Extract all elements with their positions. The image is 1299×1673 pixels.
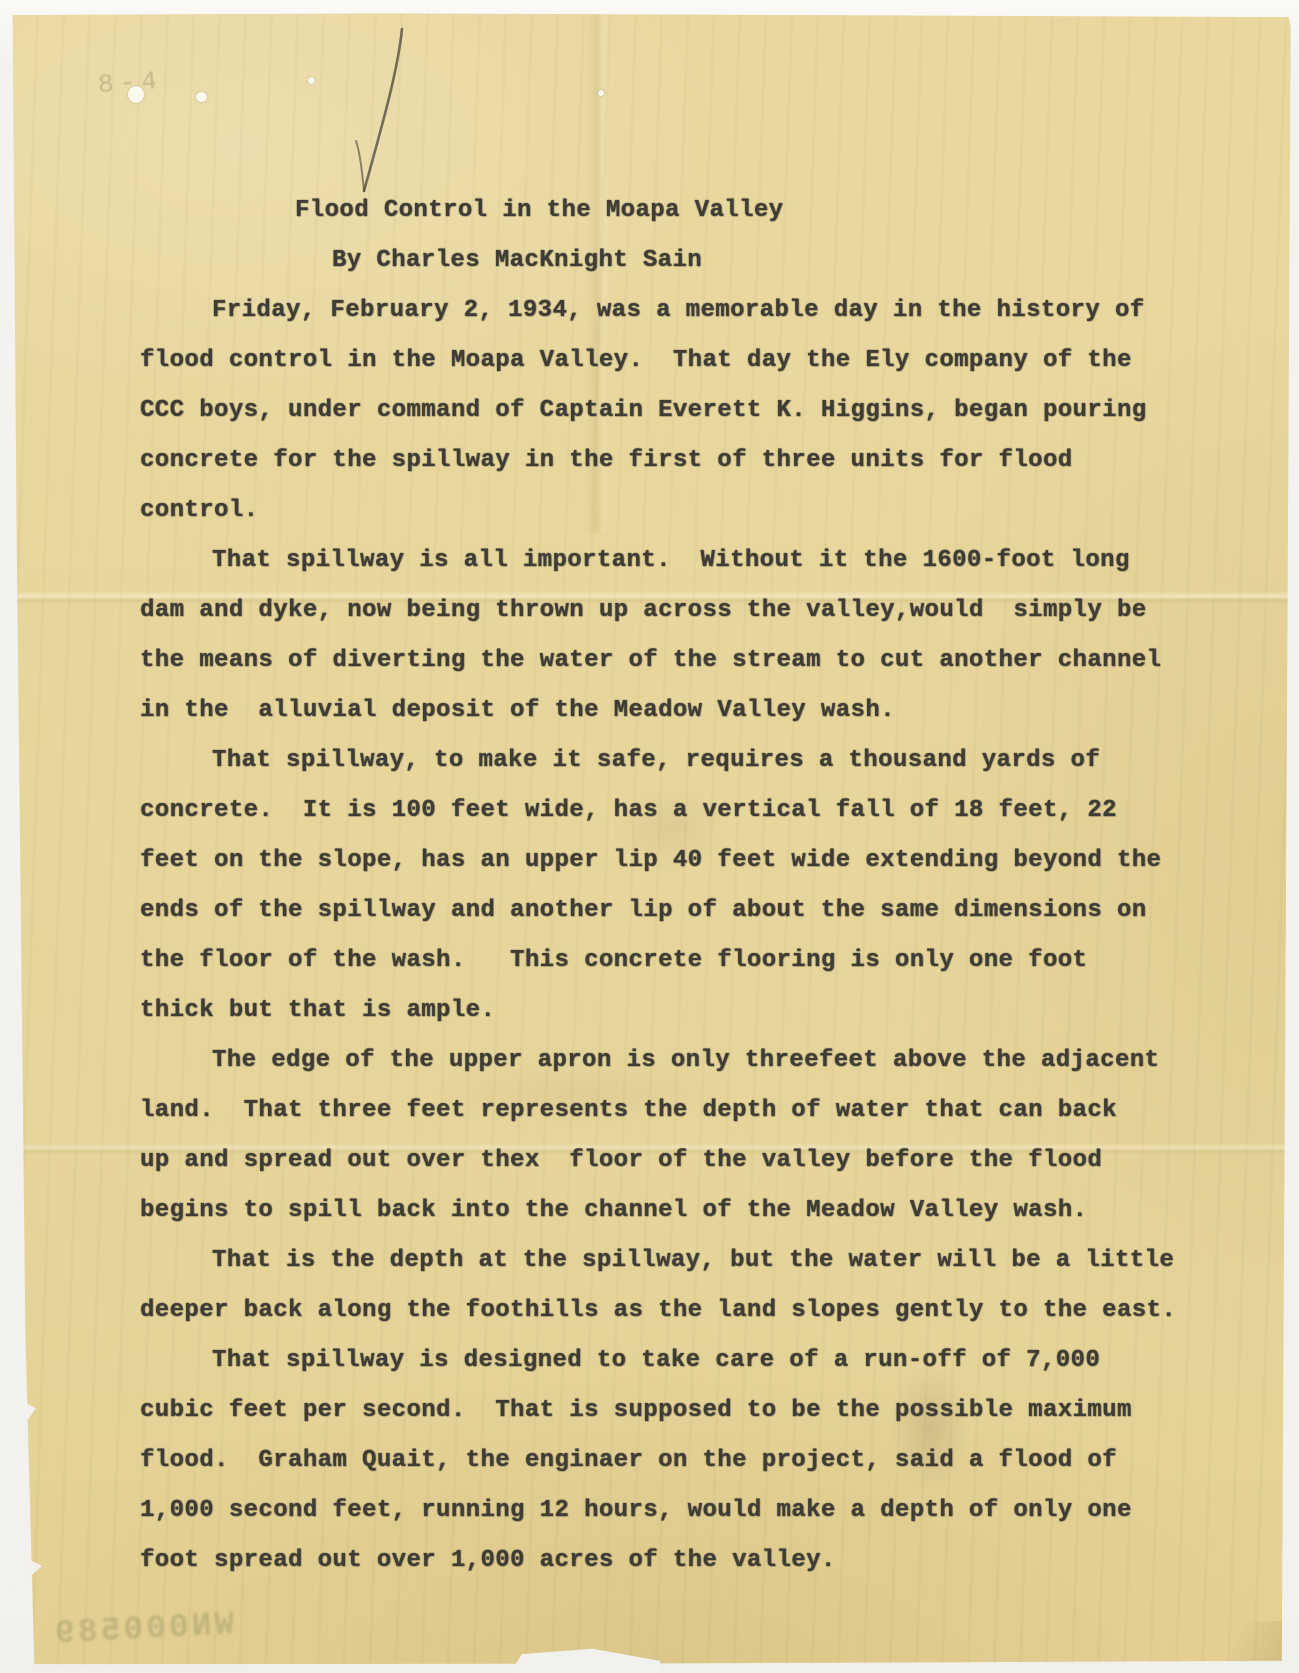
document-byline: By Charles MacKnight Sain xyxy=(140,236,1200,286)
typed-line: up and spread out over thex floor of the… xyxy=(140,1136,1200,1186)
typed-line: the means of diverting the water of the … xyxy=(140,636,1200,686)
typed-line: land. That three feet represents the dep… xyxy=(140,1086,1200,1136)
typed-line: ends of the spillway and another lip of … xyxy=(140,886,1200,936)
scanned-document-page: { "document": { "title": "Flood Control … xyxy=(0,0,1299,1673)
typed-line: flood control in the Moapa Valley. That … xyxy=(140,336,1200,386)
paper-damage-speck xyxy=(598,90,604,96)
typed-line: deeper back along the foothills as the l… xyxy=(140,1286,1200,1336)
typed-text-block: Flood Control in the Moapa Valley By Cha… xyxy=(140,186,1200,1586)
typed-line: thick but that is ample. xyxy=(140,986,1200,1036)
typed-line: That spillway is all important. Without … xyxy=(140,536,1200,586)
paper-damage-speck xyxy=(196,92,207,102)
paper-sheet: 8-4 Flood Control in the Moapa Valley By… xyxy=(10,13,1292,1665)
typed-line: control. xyxy=(140,486,1200,536)
typed-line: concrete. It is 100 feet wide, has a ver… xyxy=(140,786,1200,836)
typed-line: flood. Graham Quait, the enginaer on the… xyxy=(140,1436,1200,1486)
typed-line: 1,000 second feet, running 12 hours, wou… xyxy=(140,1486,1200,1536)
typed-line: That is the depth at the spillway, but t… xyxy=(140,1236,1200,1286)
typed-line: concrete for the spillway in the first o… xyxy=(140,436,1200,486)
typed-line: foot spread out over 1,000 acres of the … xyxy=(140,1536,1200,1586)
document-title: Flood Control in the Moapa Valley xyxy=(140,186,1200,236)
typed-line: That spillway, to make it safe, requires… xyxy=(140,736,1200,786)
corner-fold-shadow xyxy=(1196,1621,1286,1661)
typed-line: the floor of the wash. This concrete flo… xyxy=(140,936,1200,986)
typed-line: feet on the slope, has an upper lip 40 f… xyxy=(140,836,1200,886)
typed-line: cubic feet per second. That is supposed … xyxy=(140,1386,1200,1436)
typed-line: The edge of the upper apron is only thre… xyxy=(140,1036,1200,1086)
typed-line: dam and dyke, now being thrown up across… xyxy=(140,586,1200,636)
pencil-checkmark-icon xyxy=(340,23,420,203)
bleedthrough-stamp: WN000589 xyxy=(51,1606,235,1652)
paper-damage-speck xyxy=(308,77,315,84)
typed-line: CCC boys, under command of Captain Evere… xyxy=(140,386,1200,436)
typed-line: Friday, February 2, 1934, was a memorabl… xyxy=(140,286,1200,336)
paper-damage-speck xyxy=(128,86,144,103)
typed-line: That spillway is designed to take care o… xyxy=(140,1336,1200,1386)
typed-line: in the alluvial deposit of the Meadow Va… xyxy=(140,686,1200,736)
typed-line: begins to spill back into the channel of… xyxy=(140,1186,1200,1236)
